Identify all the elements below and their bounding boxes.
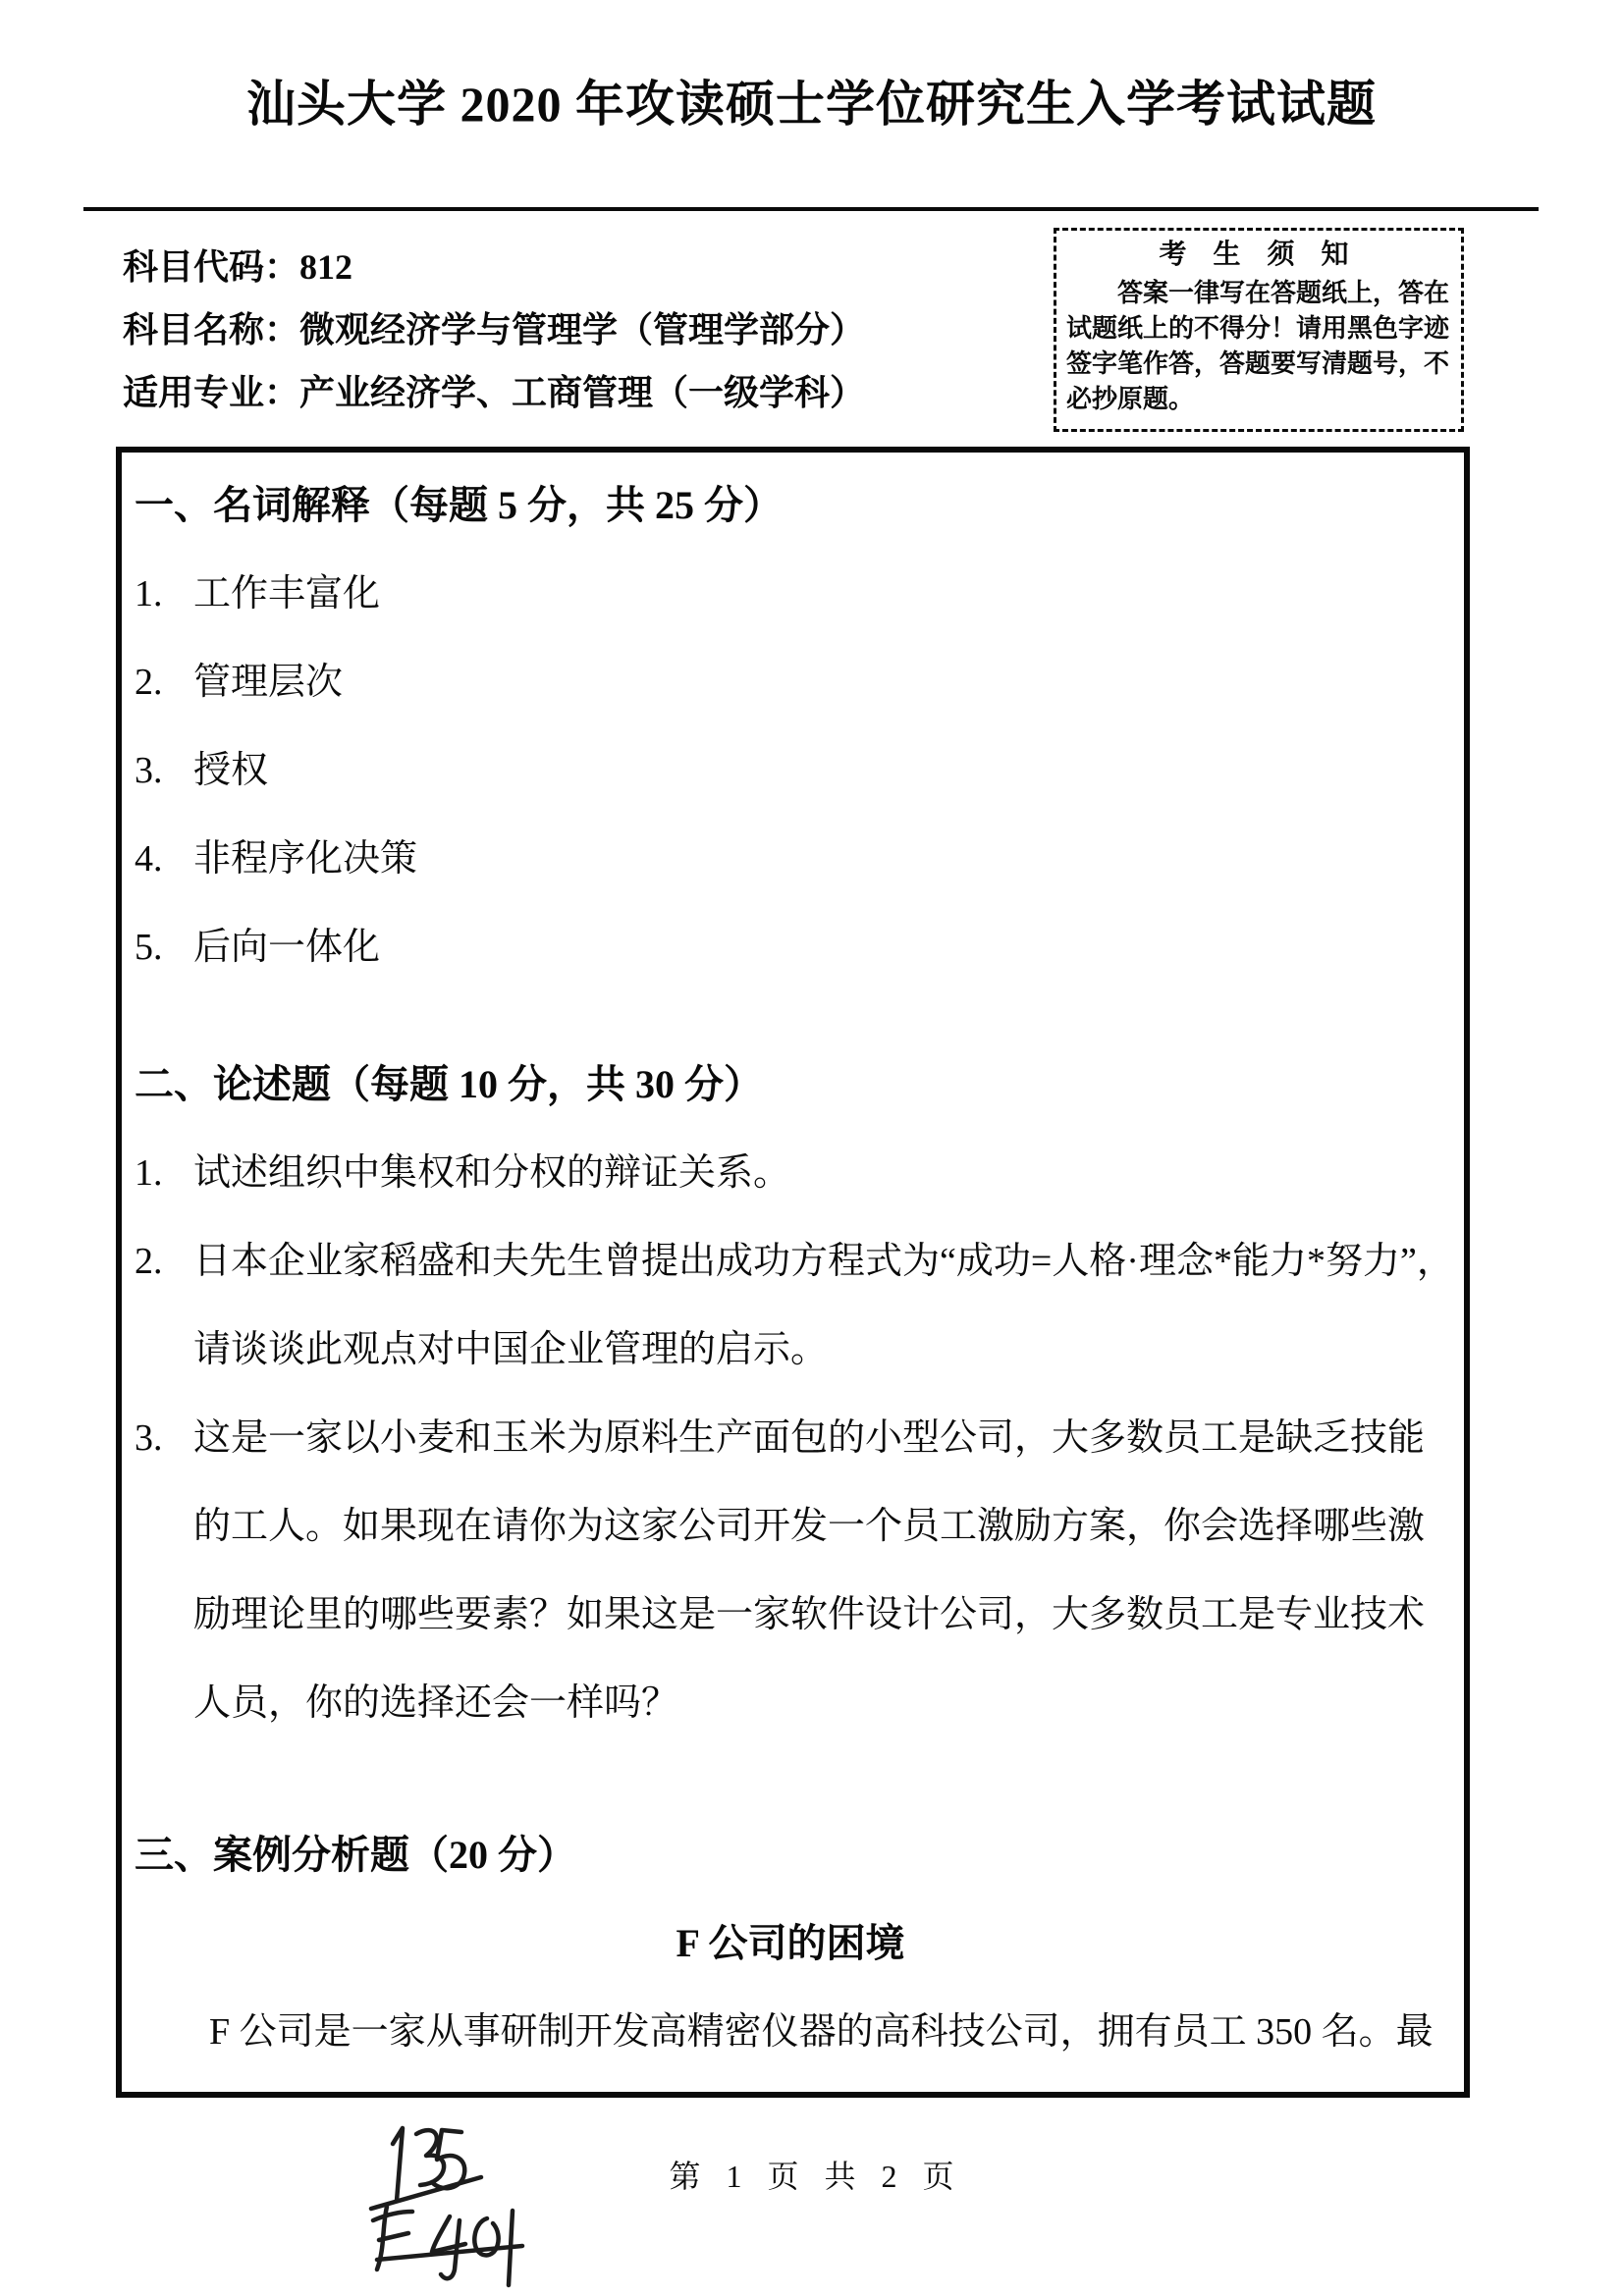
section-1-heading: 一、名词解释（每题 5 分，共 25 分） (135, 461, 1446, 550)
title-underline (83, 207, 1539, 211)
subject-name-label: 科目名称： (123, 310, 299, 349)
term-item-5: 5. 后向一体化 (135, 903, 1446, 991)
applicable-major-label: 适用专业： (123, 373, 299, 412)
question-text: 工作丰富化 (193, 550, 1446, 638)
essay-item-1: 1. 试述组织中集权和分权的辩证关系。 (135, 1129, 1446, 1217)
applicable-major-row: 适用专业：产业经济学、工商管理（一级学科） (123, 361, 865, 424)
essay-item-2: 2. 日本企业家稻盛和夫先生曾提出成功方程式为“成功=人格·理念*能力*努力”，… (135, 1217, 1446, 1394)
question-number: 1. (135, 1129, 193, 1217)
notice-line: 试题纸上的不得分！请用黑色字迹 (1066, 311, 1451, 347)
question-number: 2. (135, 638, 193, 726)
question-text: 励理论里的哪些要素？如果这是一家软件设计公司，大多数员工是专业技术 (193, 1571, 1446, 1659)
applicable-major-value: 产业经济学、工商管理（一级学科） (299, 373, 865, 412)
subject-name-row: 科目名称：微观经济学与管理学（管理学部分） (123, 298, 865, 361)
question-text: 授权 (193, 726, 1446, 815)
section-2-heading: 二、论述题（每题 10 分，共 30 分） (135, 1041, 1446, 1129)
page-title: 汕头大学 2020 年攻读硕士学位研究生入学考试试题 (0, 65, 1623, 135)
exam-paper-page: 汕头大学 2020 年攻读硕士学位研究生入学考试试题 科目代码：812 科目名称… (0, 0, 1623, 2296)
question-text: 的工人。如果现在请你为这家公司开发一个员工激励方案，你会选择哪些激 (193, 1482, 1446, 1571)
section-3-heading: 三、案例分析题（20 分） (135, 1811, 1446, 1899)
question-text: 管理层次 (193, 638, 1446, 726)
question-area-box: 一、名词解释（每题 5 分，共 25 分） 1. 工作丰富化 2. 管理层次 3… (116, 447, 1470, 2098)
term-item-1: 1. 工作丰富化 (135, 550, 1446, 638)
question-number: 3. (135, 726, 193, 815)
notice-line: 必抄原题。 (1066, 382, 1451, 417)
question-text: 人员，你的选择还会一样吗？ (193, 1659, 1446, 1747)
question-number: 5. (135, 903, 193, 991)
term-item-2: 2. 管理层次 (135, 638, 1446, 726)
question-text: 非程序化决策 (193, 815, 1446, 903)
subject-name-value: 微观经济学与管理学（管理学部分） (299, 310, 865, 349)
essay-item-3: 3. 这是一家以小麦和玉米为原料生产面包的小型公司，大多数员工是缺乏技能 的工人… (135, 1394, 1446, 1747)
term-item-3: 3. 授权 (135, 726, 1446, 815)
question-text: 后向一体化 (193, 903, 1446, 991)
handwritten-marks (363, 2120, 569, 2292)
notice-line: 签字笔作答，答题要写清题号，不 (1066, 347, 1451, 382)
page-number-footer: 第 1 页 共 2 页 (0, 2152, 1623, 2197)
question-text: 日本企业家稻盛和夫先生曾提出成功方程式为“成功=人格·理念*能力*努力”， (193, 1217, 1446, 1306)
case-title: F 公司的困境 (135, 1899, 1446, 1988)
question-number: 1. (135, 550, 193, 638)
notice-line: 答案一律写在答题纸上，答在 (1066, 276, 1451, 311)
question-number: 3. (135, 1394, 193, 1747)
question-text: 这是一家以小麦和玉米为原料生产面包的小型公司，大多数员工是缺乏技能 (193, 1394, 1446, 1482)
subject-code-row: 科目代码：812 (123, 236, 865, 298)
question-number: 4. (135, 815, 193, 903)
notice-title: 考 生 须 知 (1066, 235, 1451, 276)
term-item-4: 4. 非程序化决策 (135, 815, 1446, 903)
question-number: 2. (135, 1217, 193, 1394)
question-text: 试述组织中集权和分权的辩证关系。 (193, 1129, 1446, 1217)
subject-code-value: 812 (299, 247, 352, 287)
subject-code-label: 科目代码： (123, 247, 299, 287)
case-text: F 公司是一家从事研制开发高精密仪器的高科技公司，拥有员工 350 名。最 (135, 1988, 1446, 2076)
candidate-notice-box: 考 生 须 知 答案一律写在答题纸上，答在 试题纸上的不得分！请用黑色字迹 签字… (1054, 228, 1464, 432)
question-text: 请谈谈此观点对中国企业管理的启示。 (193, 1306, 1446, 1394)
subject-meta: 科目代码：812 科目名称：微观经济学与管理学（管理学部分） 适用专业：产业经济… (123, 236, 865, 424)
